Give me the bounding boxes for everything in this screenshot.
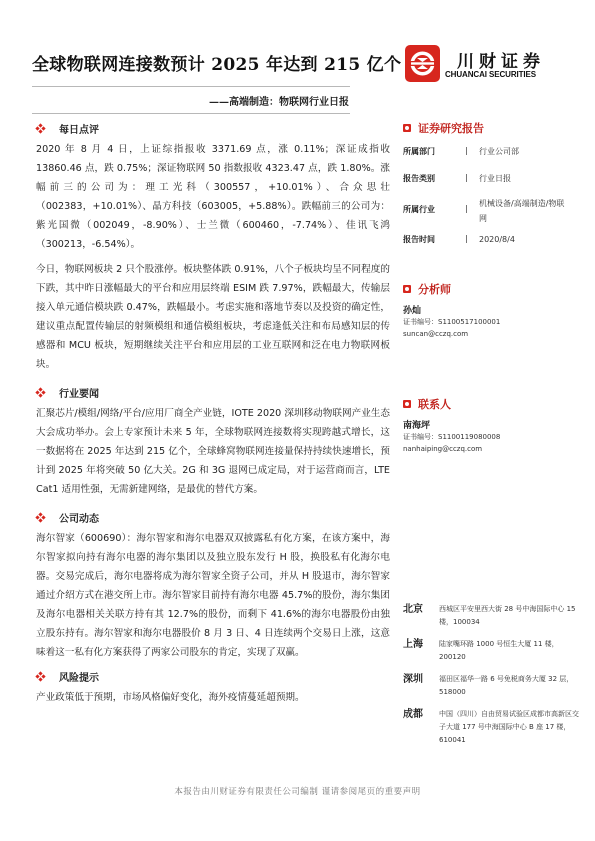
info-value: 行业日报 <box>479 171 569 186</box>
contact-email[interactable]: nanhaiping@cczq.com <box>403 443 588 455</box>
office-city: 上海 <box>403 635 439 664</box>
section-heading: 风险提示 <box>59 669 99 684</box>
office-city: 成都 <box>403 705 439 747</box>
office-beijing: 北京 西城区平安里西大街 28 号中海国际中心 15 楼，100034 <box>403 600 588 629</box>
report-info-heading: 证券研究报告 <box>418 120 484 136</box>
contact-cert: 证书编号：S1100119080008 <box>403 431 588 443</box>
analyst-cert: 证书编号：S1100517100001 <box>403 316 588 328</box>
paragraph: 汇聚芯片/模组/网络/平台/应用厂商全产业链，IOTE 2020 深圳移动物联网… <box>36 404 390 499</box>
analyst-name: 孙灿 <box>403 303 588 316</box>
office-addresses: 北京 西城区平安里西大街 28 号中海国际中心 15 楼，100034 上海 陆… <box>403 600 588 753</box>
diamond-bullet-icon <box>36 124 45 133</box>
section-daily-review: 每日点评 2020 年 8 月 4 日，上证综指报收 3371.69 点，涨 0… <box>36 120 390 374</box>
info-value: 机械设备/高端制造/物联网 <box>479 196 569 226</box>
info-label: 所属行业 <box>403 196 465 215</box>
logo-english-name: CHUANCAI SECURITIES <box>445 70 536 79</box>
office-city: 深圳 <box>403 670 439 699</box>
info-row-industry: 所属行业 | 机械设备/高端制造/物联网 <box>403 196 588 226</box>
section-risk-warning: 风险提示 产业政策低于预期，市场风格偏好变化，海外疫情蔓延超预期。 <box>36 668 390 707</box>
office-shanghai: 上海 陆家嘴环路 1000 号恒生大厦 11 楼，200120 <box>403 635 588 664</box>
office-shenzhen: 深圳 福田区福华一路 6 号免税商务大厦 32 层，518000 <box>403 670 588 699</box>
info-label: 报告时间 <box>403 232 465 245</box>
contact-block: 联系人 南海坪 证书编号：S1100119080008 nanhaiping@c… <box>403 396 588 455</box>
red-square-bullet-icon <box>403 124 411 132</box>
divider <box>32 113 350 114</box>
report-subtitle: ——高端制造：物联网行业日报 <box>209 93 349 108</box>
office-city: 北京 <box>403 600 439 629</box>
separator: | <box>465 144 479 155</box>
paragraph: 2020 年 8 月 4 日，上证综指报收 3371.69 点，涨 0.11%；… <box>36 140 390 254</box>
section-company-news: 公司动态 海尔智家（600690）：海尔智家和海尔电器双双披露私有化方案，在该方… <box>36 509 390 662</box>
office-address: 陆家嘴环路 1000 号恒生大厦 11 楼，200120 <box>439 635 579 664</box>
company-logo: 川财证券 CHUANCAI SECURITIES <box>405 45 585 85</box>
main-content: 每日点评 2020 年 8 月 4 日，上证综指报收 3371.69 点，涨 0… <box>36 120 390 713</box>
office-address: 西城区平安里西大街 28 号中海国际中心 15 楼，100034 <box>439 600 579 629</box>
section-heading: 每日点评 <box>59 121 99 136</box>
info-label: 报告类别 <box>403 171 465 184</box>
info-label: 所属部门 <box>403 144 465 157</box>
office-address: 福田区福华一路 6 号免税商务大厦 32 层，518000 <box>439 670 579 699</box>
separator: | <box>465 171 479 182</box>
sidebar: 证券研究报告 所属部门 | 行业公司部 报告类别 | 行业日报 所属行业 | 机… <box>403 120 588 455</box>
red-square-bullet-icon <box>403 285 411 293</box>
paragraph: 海尔智家（600690）：海尔智家和海尔电器双双披露私有化方案，在该方案中，海尔… <box>36 529 390 662</box>
diamond-bullet-icon <box>36 672 45 681</box>
info-row-department: 所属部门 | 行业公司部 <box>403 144 588 159</box>
logo-chinese-name: 川财证券 <box>457 47 545 72</box>
info-row-category: 报告类别 | 行业日报 <box>403 171 588 186</box>
info-value: 行业公司部 <box>479 144 569 159</box>
logo-mark-icon <box>405 45 440 82</box>
report-title: 全球物联网连接数预计 2025 年达到 215 亿个 <box>32 50 401 75</box>
analyst-email[interactable]: suncan@cczq.com <box>403 328 588 340</box>
paragraph: 产业政策低于预期，市场风格偏好变化，海外疫情蔓延超预期。 <box>36 688 390 707</box>
office-chengdu: 成都 中国（四川）自由贸易试验区成都市高新区交子大道 177 号中海国际中心 B… <box>403 705 588 747</box>
analyst-block: 分析师 孙灿 证书编号：S1100517100001 suncan@cczq.c… <box>403 281 588 340</box>
section-heading: 行业要闻 <box>59 385 99 400</box>
section-heading: 公司动态 <box>59 510 99 525</box>
red-square-bullet-icon <box>403 400 411 408</box>
paragraph: 今日，物联网板块 2 只个股涨停。板块整体跌 0.91%，八个子板块均呈不同程度… <box>36 260 390 374</box>
footer-disclaimer: 本报告由川财证券有限责任公司编制 谨请参阅尾页的重要声明 <box>0 785 595 797</box>
divider <box>32 86 350 87</box>
section-industry-news: 行业要闻 汇聚芯片/模组/网络/平台/应用厂商全产业链，IOTE 2020 深圳… <box>36 384 390 499</box>
diamond-bullet-icon <box>36 513 45 522</box>
analyst-heading: 分析师 <box>418 281 451 297</box>
office-address: 中国（四川）自由贸易试验区成都市高新区交子大道 177 号中海国际中心 B 座 … <box>439 705 579 747</box>
separator: | <box>465 232 479 243</box>
contact-heading: 联系人 <box>418 396 451 412</box>
contact-name: 南海坪 <box>403 418 588 431</box>
info-value: 2020/8/4 <box>479 232 569 247</box>
info-row-date: 报告时间 | 2020/8/4 <box>403 232 588 247</box>
separator: | <box>465 196 479 213</box>
report-info: 证券研究报告 所属部门 | 行业公司部 报告类别 | 行业日报 所属行业 | 机… <box>403 120 588 247</box>
diamond-bullet-icon <box>36 388 45 397</box>
